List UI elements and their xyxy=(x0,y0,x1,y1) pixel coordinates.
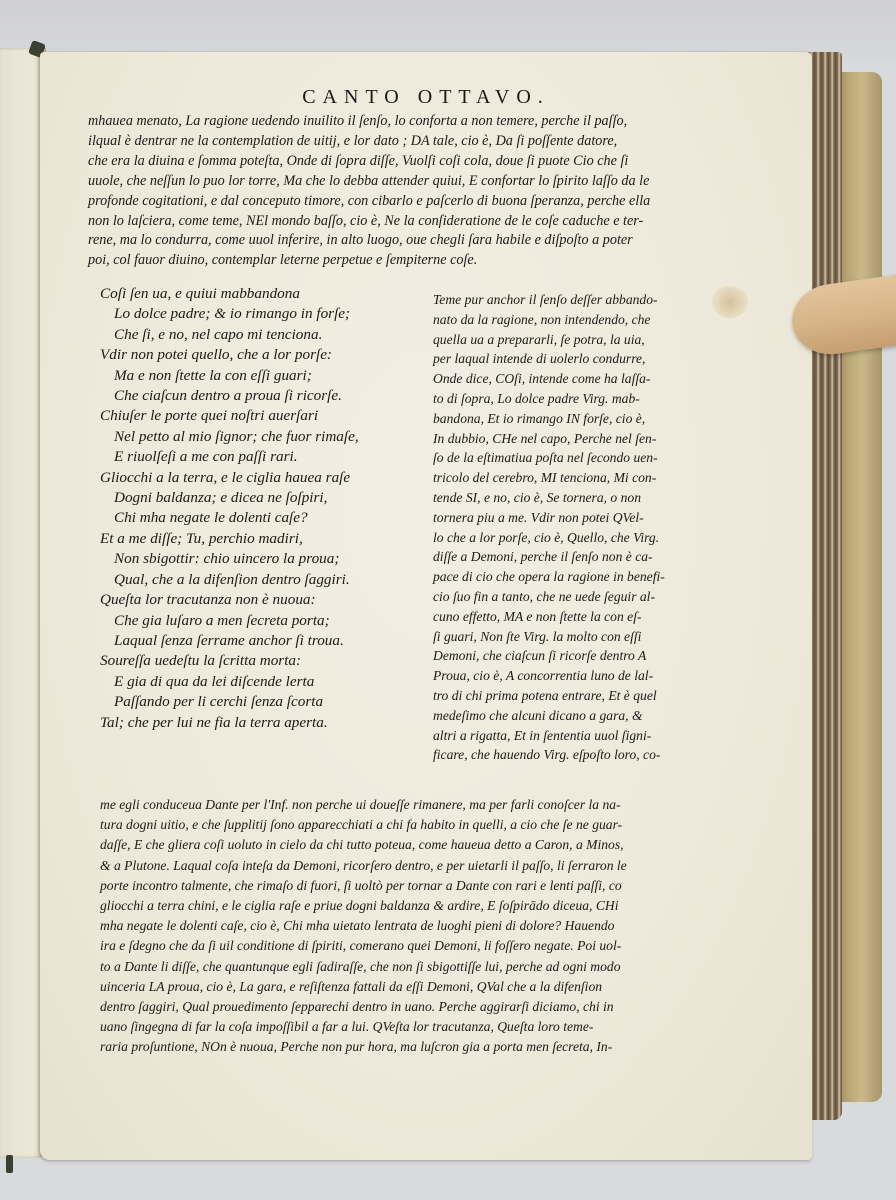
text-line: daſſe, E che gliera coſi uoluto in cielo… xyxy=(100,835,740,855)
text-line: gliocchi a terra chini, e le ciglia raſe… xyxy=(100,896,740,916)
text-line: Teme pur anchor il ſenſo deſſer abbando- xyxy=(433,290,683,310)
text-line: uinceria LA proua, cio è, La gara, e reſ… xyxy=(100,977,740,997)
verse-line: Ma e non ſtette la con eſſi guari; xyxy=(100,366,440,386)
text-line: altri a rigatta, Et in ſententia uuol ſi… xyxy=(433,726,683,746)
text-line: medeſimo che alcuni dicano a gara, & xyxy=(433,706,683,726)
verse-line: Dogni baldanza; e dicea ne ſoſpiri, xyxy=(100,488,440,508)
verse-line: Che gia luſaro a men ſecreta porta; xyxy=(100,611,440,631)
verse-line: Nel petto al mio ſignor; che fuor rimaſe… xyxy=(100,427,440,447)
text-line: quella ua a prepararli, ſe potra, la uia… xyxy=(433,330,683,350)
verse-line: E gia di qua da lei diſcende lerta xyxy=(100,672,440,692)
verse-line: Gliocchi a la terra, e le ciglia hauea r… xyxy=(100,468,440,488)
text-line: Proua, cio è, A concorrentia luno de lal… xyxy=(433,666,683,686)
text-line: poi, col fauor diuino, contemplar letern… xyxy=(88,251,724,271)
text-line: nato da la ragione, non intendendo, che xyxy=(433,310,683,330)
text-line: rene, ma lo condurra, come uuol inferire… xyxy=(88,231,724,251)
side-commentary: Teme pur anchor il ſenſo deſſer abbando-… xyxy=(433,290,683,765)
verse-line: Chi mha negate le dolenti caſe? xyxy=(100,508,440,528)
text-line: Onde dice, COſi, intende come ha laſſa- xyxy=(433,369,683,389)
book-page: CANTO OTTAVO. mhauea menato, La ragione … xyxy=(40,52,812,1160)
text-line: tura dogni uitio, e che ſupplitij ſono a… xyxy=(100,815,740,835)
verse-line: E riuolſeſi a me con paſſi rari. xyxy=(100,447,440,467)
text-line: me egli conduceua Dante per l'Inf. non p… xyxy=(100,795,740,815)
text-line: Demoni, che ciaſcun ſi ricorſe dentro A xyxy=(433,646,683,666)
text-line: profonde cogitationi, e dal conceputo ti… xyxy=(88,192,724,212)
photo-backdrop xyxy=(0,0,896,60)
verse-line: Et a me diſſe; Tu, perchio madiri, xyxy=(100,529,440,549)
verse-line: Coſi ſen ua, e quiui mabbandona xyxy=(100,284,440,304)
intro-commentary: mhauea menato, La ragione uedendo inuili… xyxy=(88,112,724,271)
verse-line: Che ſi, e no, nel capo mi tenciona. xyxy=(100,325,440,345)
text-line: tende SI, e no, cio è, Se tornera, o non xyxy=(433,488,683,508)
verse-line: Chiuſer le porte quei noſtri auerſari xyxy=(100,406,440,426)
text-line: mha negate le dolenti caſe, cio è, Chi m… xyxy=(100,916,740,936)
verse-line: Paſſando per li cerchi ſenza ſcorta xyxy=(100,692,440,712)
verse-line: Non sbigottir: chio uincero la proua; xyxy=(100,549,440,569)
text-line: diſſe a Demoni, perche il ſenſo non è ca… xyxy=(433,547,683,567)
text-line: uuole, che neſſun lo puo lor torre, Ma c… xyxy=(88,172,724,192)
text-line: cio ſuo fin a tanto, che ne uede ſeguir … xyxy=(433,587,683,607)
text-line: ira e ſdegno che da ſi uil conditione di… xyxy=(100,936,740,956)
text-line: non lo laſciera, come teme, NEl mondo ba… xyxy=(88,212,724,232)
verse-block: Coſi ſen ua, e quiui mabbandona Lo dolce… xyxy=(100,284,440,733)
text-line: to a Dante li diſſe, che quantunque egli… xyxy=(100,957,740,977)
text-line: bandona, Et io rimango IN forſe, cio è, xyxy=(433,409,683,429)
verse-line: Queſta lor tracutanza non è nuoua: xyxy=(100,590,440,610)
ribbon-marker-icon xyxy=(6,1155,13,1173)
verse-line: Tal; che per lui ne fia la terra aperta. xyxy=(100,713,440,733)
verse-line: Soureſſa uedeſtu la ſcritta morta: xyxy=(100,651,440,671)
verse-line: Laqual ſenza ſerrame anchor ſi troua. xyxy=(100,631,440,651)
verse-line: Qual, che a la difenſion dentro ſaggiri. xyxy=(100,570,440,590)
text-line: cuno effetto, MA e non ſtette la con eſ- xyxy=(433,607,683,627)
page-block-edges xyxy=(808,52,842,1120)
bottom-commentary: me egli conduceua Dante per l'Inf. non p… xyxy=(100,795,740,1058)
text-line: to di ſopra, Lo dolce padre Virg. mab- xyxy=(433,389,683,409)
verse-line: Che ciaſcun dentro a proua ſi ricorſe. xyxy=(100,386,440,406)
foxing-stain xyxy=(712,286,748,318)
text-line: mhauea menato, La ragione uedendo inuili… xyxy=(88,112,724,132)
text-line: In dubbio, CHe nel capo, Perche nel ſen- xyxy=(433,429,683,449)
text-line: che era la diuina e ſomma poteſta, Onde … xyxy=(88,152,724,172)
verse-line: Vdir non potei quello, che a lor porſe: xyxy=(100,345,440,365)
text-line: lo che a lor porſe, cio è, Quello, che V… xyxy=(433,528,683,548)
text-line: tro di chi prima potena entrare, Et è qu… xyxy=(433,686,683,706)
text-line: porte incontro talmente, che rimaſo di f… xyxy=(100,876,740,896)
text-line: ficare, che hauendo Virg. eſpoſto loro, … xyxy=(433,745,683,765)
text-line: ſi guari, Non ſte Virg. la molto con eſſ… xyxy=(433,627,683,647)
text-line: & a Plutone. Laqual coſa inteſa da Demon… xyxy=(100,856,740,876)
text-line: tornera piu a me. Vdir non potei QVel- xyxy=(433,508,683,528)
text-line: pace di cio che opera la ragione in bene… xyxy=(433,567,683,587)
verse-line: Lo dolce padre; & io rimango in forſe; xyxy=(100,304,440,324)
text-line: ilqual è dentrar ne la contemplation de … xyxy=(88,132,724,152)
text-line: tricolo del cerebro, MI tenciona, Mi con… xyxy=(433,468,683,488)
text-line: raria proſuntione, NOn è nuoua, Perche n… xyxy=(100,1037,740,1057)
running-head: CANTO OTTAVO. xyxy=(40,86,812,109)
text-line: uano ſingegna di far la coſa impoſſibil … xyxy=(100,1017,740,1037)
text-line: ſo de la eſtimatiua poſta nel ſecondo ue… xyxy=(433,448,683,468)
text-line: per laqual intende di uolerlo condurre, xyxy=(433,349,683,369)
text-line: dentro ſaggiri, Qual prouedimento ſeppar… xyxy=(100,997,740,1017)
